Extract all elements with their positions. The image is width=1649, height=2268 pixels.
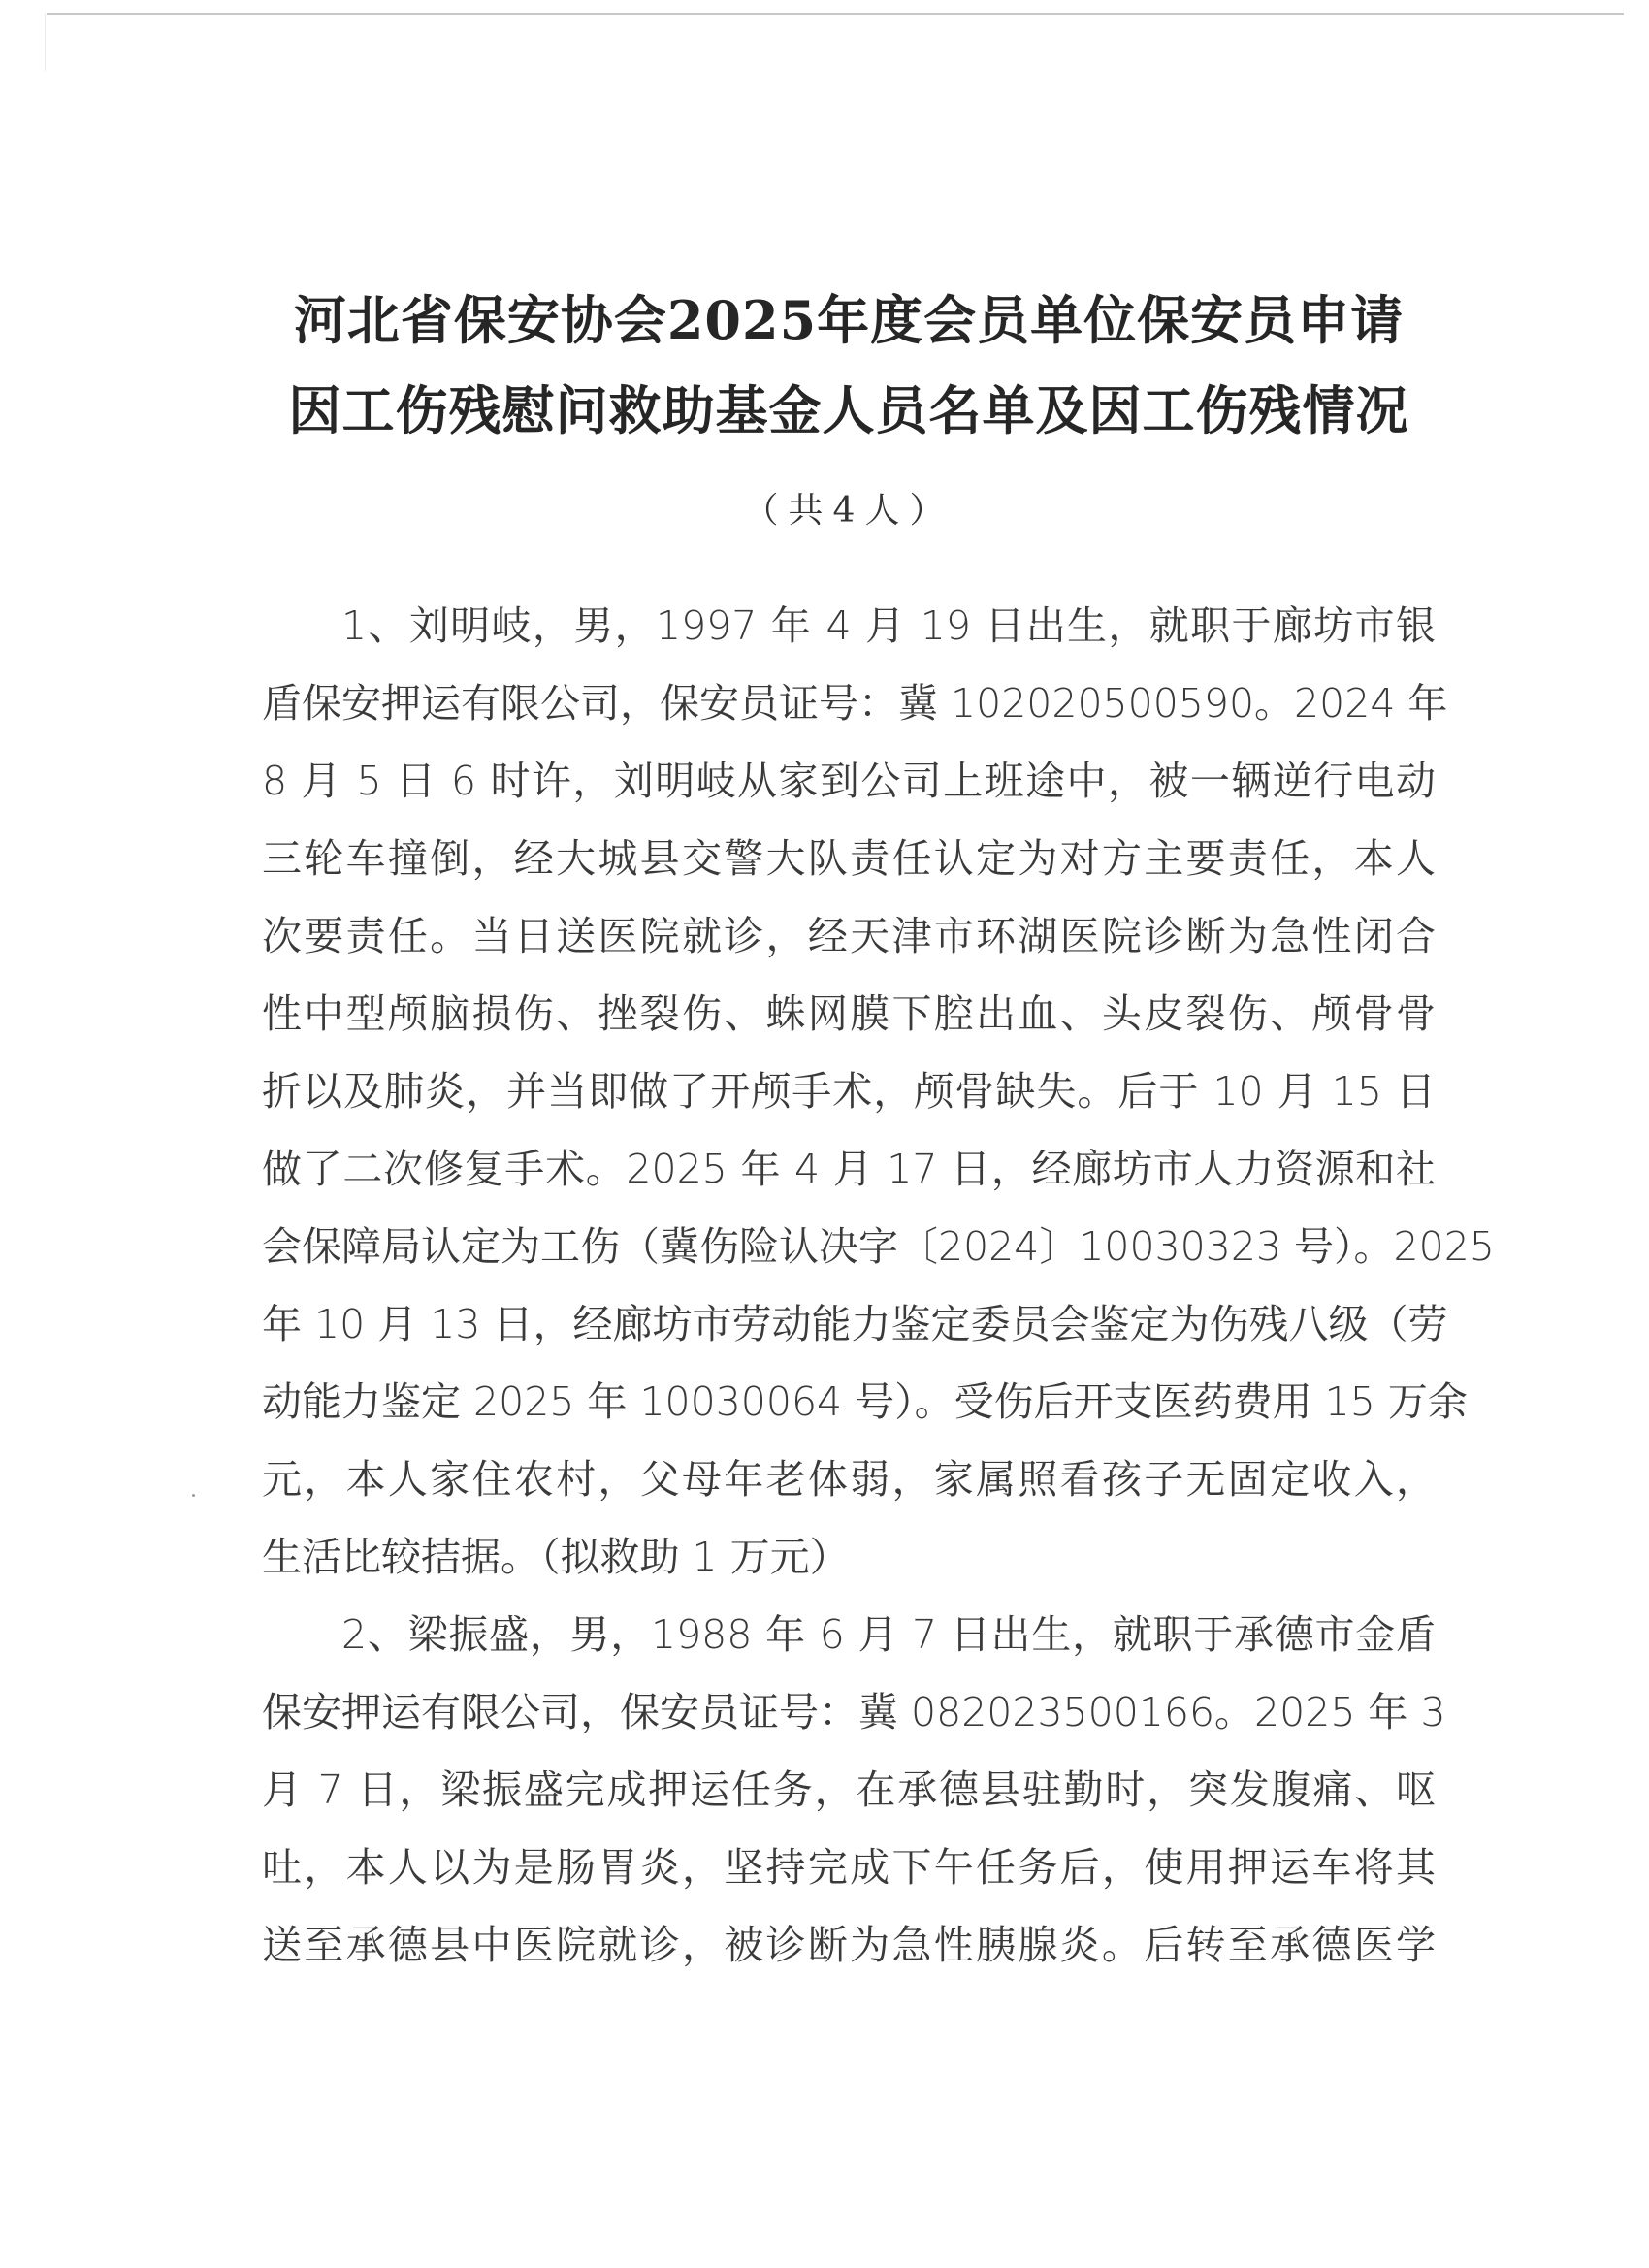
entry-2-line: 送至承德县中医院就诊，被诊断为急性胰腺炎。后转至承德医学 (262, 1916, 1436, 1974)
entry-1-line: 性中型颅脑损伤、挫裂伤、蛛网膜下腔出血、头皮裂伤、颅骨骨 (262, 985, 1436, 1043)
entry-1-line: 次要责任。当日送医院就诊，经天津市环湖医院诊断为急性闭合 (262, 907, 1436, 965)
entry-2-line: 2、梁振盛，男，1988 年 6 月 7 日出生，就职于承德市金盾 (341, 1605, 1436, 1664)
entry-1-line: 8 月 5 日 6 时许，刘明岐从家到公司上班途中，被一辆逆行电动 (262, 752, 1436, 810)
entry-2-line: 吐，本人以为是肠胃炎，坚持完成下午任务后，使用押运车将其 (262, 1838, 1436, 1896)
entry-1-line: 动能力鉴定 2025 年 10030064 号）。受伤后开支医药费用 15 万余 (262, 1373, 1436, 1431)
scan-speck (192, 1494, 195, 1497)
entry-1-line: 生活比较拮据。（拟救助 1 万元） (262, 1528, 1436, 1586)
entry-1-line: 盾保安押运有限公司，保安员证号：冀 102020500590。2024 年 (262, 674, 1436, 732)
document-title-line-1: 河北省保安协会2025年度会员单位保安员申请 (242, 286, 1455, 354)
scan-edge-top (47, 13, 1624, 15)
entry-1-line: 年 10 月 13 日，经廊坊市劳动能力鉴定委员会鉴定为伤残八级（劳 (262, 1295, 1436, 1353)
entry-1-line: 做了二次修复手术。2025 年 4 月 17 日，经廊坊市人力资源和社 (262, 1140, 1436, 1198)
entry-1-line: 1、刘明岐，男，1997 年 4 月 19 日出生，就职于廊坊市银 (341, 597, 1436, 655)
document-title-line-2: 因工伤残慰问救助基金人员名单及因工伤残情况 (242, 376, 1455, 444)
entry-1-line: 会保障局认定为工伤（冀伤险认决字〔2024〕10030323 号）。2025 (262, 1217, 1436, 1276)
document-subtitle-count: （共4人） (242, 490, 1455, 533)
entry-1-line: 三轮车撞倒，经大城县交警大队责任认定为对方主要责任，本人 (262, 829, 1436, 888)
scan-edge-left (45, 13, 46, 71)
entry-1-line: 折以及肺炎，并当即做了开颅手术，颅骨缺失。后于 10 月 15 日 (262, 1062, 1436, 1120)
entry-1-line: 元，本人家住农村，父母年老体弱，家属照看孩子无固定收入， (262, 1450, 1436, 1508)
entry-2-line: 月 7 日，梁振盛完成押运任务，在承德县驻勤时，突发腹痛、呕 (262, 1761, 1436, 1819)
entry-2-line: 保安押运有限公司，保安员证号：冀 082023500166。2025 年 3 (262, 1683, 1436, 1741)
